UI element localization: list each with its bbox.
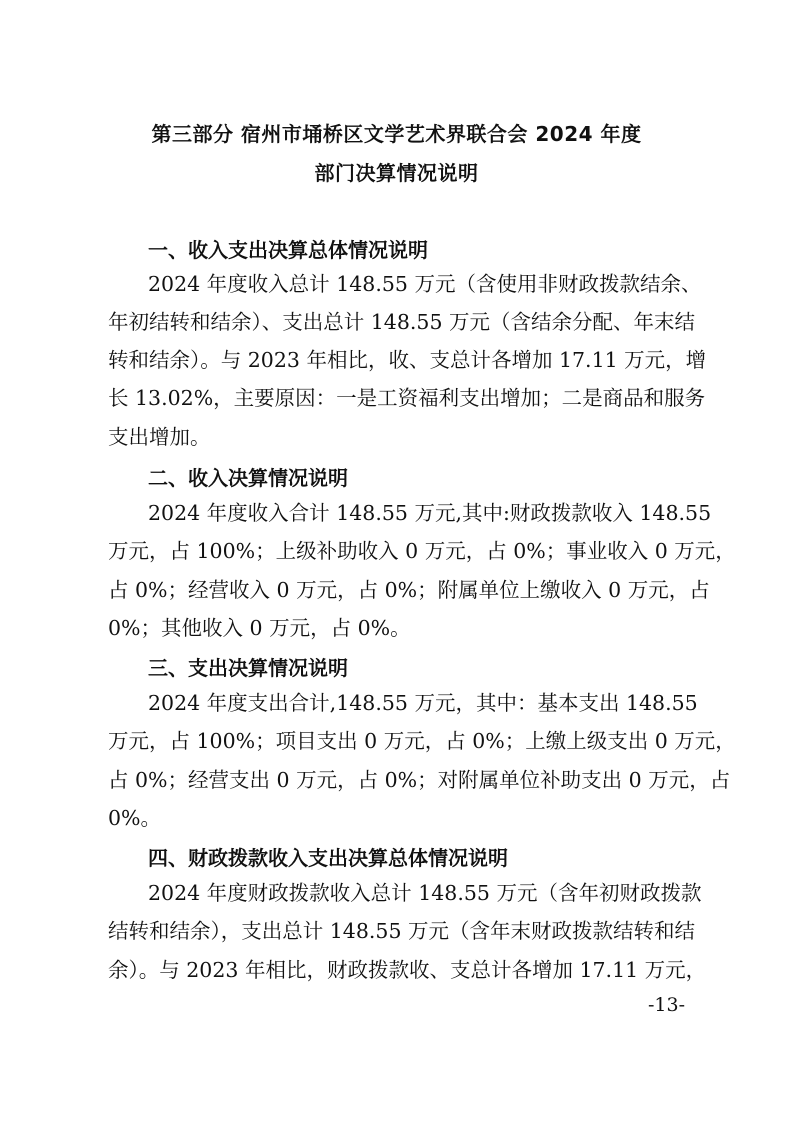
paragraph-line: 万元，占 100%；项目支出 0 万元，占 0%；上缴上级支出 0 万元， (108, 728, 694, 754)
paragraph-line: 年初结转和结余）、支出总计 148.55 万元（含结余分配、年末结 (108, 309, 694, 335)
paragraph-line: 支出增加。 (108, 424, 694, 450)
paragraph-line: 2024 年度收入合计 148.55 万元,其中:财政拨款收入 148.55 (148, 500, 694, 526)
paragraph-line: 万元，占 100%；上级补助收入 0 万元，占 0%；事业收入 0 万元， (108, 538, 694, 564)
paragraph-line: 余）。与 2023 年相比，财政拨款收、支总计各增加 17.11 万元， (108, 957, 694, 983)
section-heading: 四、财政拨款收入支出决算总体情况说明 (148, 842, 508, 871)
document-title-line1: 第三部分 宿州市埇桥区文学艺术界联合会 2024 年度 (0, 118, 793, 147)
paragraph-line: 0%。 (108, 805, 694, 831)
paragraph-line: 结转和结余），支出总计 148.55 万元（含年末财政拨款结转和结 (108, 918, 694, 944)
section-heading: 三、支出决算情况说明 (148, 652, 348, 681)
page-number: -13- (648, 994, 685, 1016)
paragraph-line: 2024 年度财政拨款收入总计 148.55 万元（含年初财政拨款 (148, 880, 694, 906)
section-heading: 一、收入支出决算总体情况说明 (148, 234, 428, 263)
paragraph-line: 占 0%；经营支出 0 万元，占 0%；对附属单位补助支出 0 万元，占 (108, 767, 694, 793)
paragraph-line: 2024 年度收入总计 148.55 万元（含使用非财政拨款结余、 (148, 271, 694, 297)
paragraph-line: 占 0%；经营收入 0 万元，占 0%；附属单位上缴收入 0 万元，占 (108, 577, 694, 603)
paragraph-line: 0%；其他收入 0 万元，占 0%。 (108, 615, 694, 641)
paragraph-line: 长 13.02%，主要原因：一是工资福利支出增加；二是商品和服务 (108, 385, 694, 411)
paragraph-line: 2024 年度支出合计,148.55 万元，其中：基本支出 148.55 (148, 690, 694, 716)
section-heading: 二、收入决算情况说明 (148, 462, 348, 491)
paragraph-line: 转和结余）。与 2023 年相比，收、支总计各增加 17.11 万元，增 (108, 347, 694, 373)
document-title-line2: 部门决算情况说明 (0, 157, 793, 186)
